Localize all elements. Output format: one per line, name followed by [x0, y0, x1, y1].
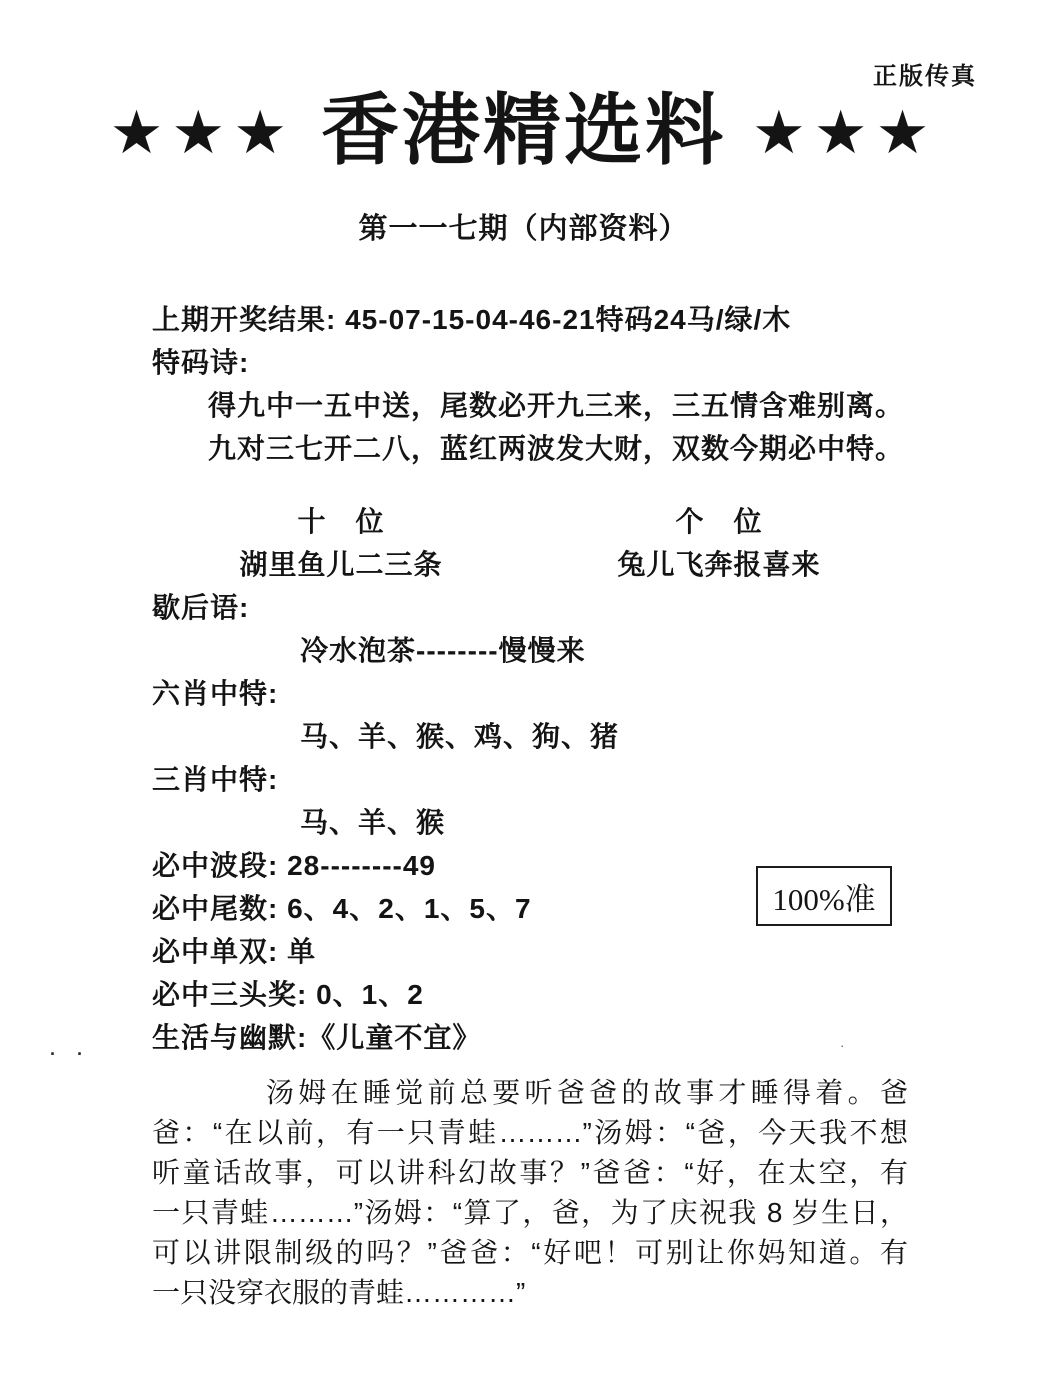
- tens-column: 十 位 湖里鱼儿二三条: [152, 500, 530, 586]
- joke-line: 一只没穿衣服的青蛙…………”: [152, 1273, 908, 1313]
- three-zodiac-value: 马、羊、猴: [152, 801, 908, 844]
- three-head-line: 必中三头奖: 0、1、2: [152, 973, 908, 1016]
- page-title: 香港精选料: [321, 86, 726, 176]
- ones-text: 兔儿飞奔报喜来: [530, 543, 908, 586]
- document-body: 上期开奖结果: 45-07-15-04-46-21特码24马/绿/木 特码诗: …: [152, 298, 908, 1313]
- joke-line: 听童话故事，可以讲科幻故事？”爸爸：“好，在太空，有: [152, 1153, 908, 1193]
- odd-even-line: 必中单双: 单: [152, 930, 908, 973]
- poem-line-1: 得九中一五中送，尾数必开九三来，三五情含难别离。: [152, 384, 908, 427]
- special-code-poem-label: 特码诗:: [152, 341, 908, 384]
- ones-column: 个 位 兔儿飞奔报喜来: [530, 500, 908, 586]
- ones-header: 个 位: [530, 500, 908, 543]
- poem-line-2: 九对三七开二八，蓝红两波发大财，双数今期必中特。: [152, 427, 908, 470]
- stars-left-icon: ★★★: [110, 99, 295, 163]
- joke-line: 一只青蛙………”汤姆：“算了，爸，为了庆祝我 8 岁生日，: [152, 1193, 908, 1233]
- six-zodiac-value: 马、羊、猴、鸡、狗、猪: [152, 715, 908, 758]
- xiehouyu-text: 冷水泡茶--------慢慢来: [152, 629, 908, 672]
- joke-line: 汤姆在睡觉前总要听爸爸的故事才睡得着。爸: [152, 1073, 908, 1113]
- joke-paragraph: 汤姆在睡觉前总要听爸爸的故事才睡得着。爸 爸：“在以前，有一只青蛙………”汤姆：…: [152, 1073, 908, 1313]
- fax-document-page: { "page": { "watermark": "正版传真", "header…: [0, 0, 1047, 1388]
- humor-title-line: 生活与幽默:《儿童不宜》: [152, 1016, 908, 1059]
- digit-columns: 十 位 湖里鱼儿二三条 个 位 兔儿飞奔报喜来: [152, 500, 908, 586]
- six-zodiac-label: 六肖中特:: [152, 672, 908, 715]
- xiehouyu-label: 歇后语:: [152, 586, 908, 629]
- title-row: ★★★ 香港精选料 ★★★: [0, 86, 1047, 176]
- tens-header: 十 位: [152, 500, 530, 543]
- accuracy-badge: 100%准: [756, 866, 892, 926]
- stars-right-icon: ★★★: [752, 99, 937, 163]
- joke-line: 可以讲限制级的吗？”爸爸：“好吧！可别让你妈知道。有: [152, 1233, 908, 1273]
- joke-line: 爸：“在以前，有一只青蛙………”汤姆：“爸，今天我不想: [152, 1113, 908, 1153]
- tens-text: 湖里鱼儿二三条: [152, 543, 530, 586]
- scan-dots-artifact: · ·: [50, 1044, 91, 1065]
- scan-speck-artifact: ·: [840, 1038, 844, 1053]
- three-zodiac-label: 三肖中特:: [152, 758, 908, 801]
- issue-number-line: 第一一七期（内部资料）: [0, 206, 1047, 247]
- last-draw-result: 上期开奖结果: 45-07-15-04-46-21特码24马/绿/木: [152, 298, 908, 341]
